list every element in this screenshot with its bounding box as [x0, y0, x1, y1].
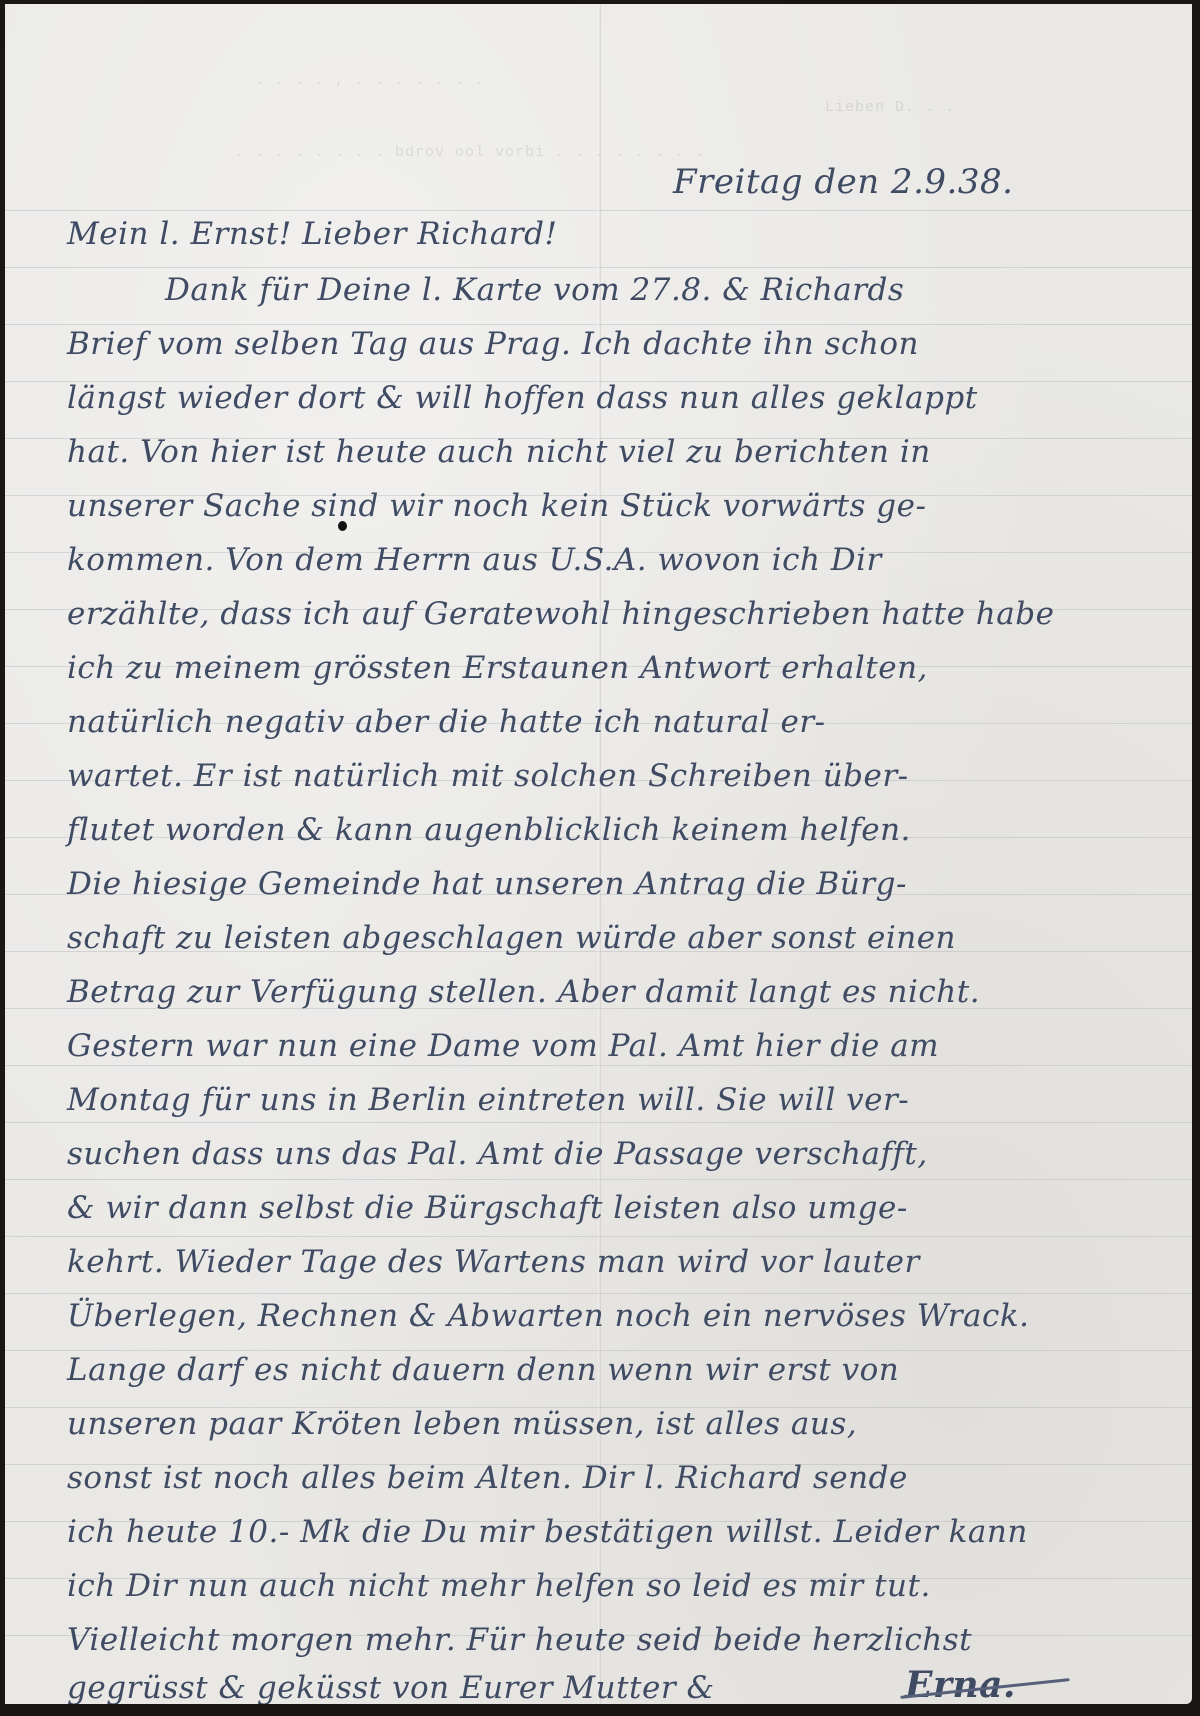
paper-fold	[598, 4, 601, 1704]
letter-line: längst wieder dort & will hoffen dass nu…	[67, 380, 978, 416]
letter-line: Brief vom selben Tag aus Prag. Ich dacht…	[67, 326, 919, 362]
letter-line: Betrag zur Verfügung stellen. Aber damit…	[67, 974, 980, 1010]
letter-line: erzählte, dass ich auf Geratewohl hinges…	[67, 596, 1054, 632]
letter-line: Die hiesige Gemeinde hat unseren Antrag …	[67, 866, 907, 902]
letter-line: unseren paar Kröten leben müssen, ist al…	[67, 1406, 857, 1442]
letter-line: Vielleicht morgen mehr. Für heute seid b…	[67, 1622, 972, 1658]
letter-line: schaft zu leisten abgeschlagen würde abe…	[67, 920, 956, 956]
letter-line: unserer Sache sind wir noch kein Stück v…	[67, 488, 926, 524]
letter-line: ich heute 10.- Mk die Du mir bestätigen …	[67, 1514, 1028, 1550]
show-through-text: Lieben D. . .	[825, 99, 955, 116]
letter-line: kehrt. Wieder Tage des Wartens man wird …	[67, 1244, 920, 1280]
letter-line: hat. Von hier ist heute auch nicht viel …	[67, 434, 931, 470]
letter-line: ich Dir nun auch nicht mehr helfen so le…	[67, 1568, 931, 1604]
letter-line: ich zu meinem grössten Erstaunen Antwort…	[67, 650, 928, 686]
letter-line: suchen dass uns das Pal. Amt die Passage…	[67, 1136, 928, 1172]
letter-line: Gestern war nun eine Dame vom Pal. Amt h…	[67, 1028, 939, 1064]
letter-date: Freitag den 2.9.38.	[673, 162, 1013, 202]
letter-line: gegrüsst & geküsst von Eurer Mutter &	[67, 1670, 715, 1704]
letter-line: Überlegen, Rechnen & Abwarten noch ein n…	[67, 1298, 1030, 1334]
letter-line: Dank für Deine l. Karte vom 27.8. & Rich…	[165, 272, 904, 308]
letter-line: Lange darf es nicht dauern denn wenn wir…	[67, 1352, 899, 1388]
show-through-text: . . . . . . . . bdrov ool vorbi . . . . …	[235, 144, 705, 161]
letter-line: Montag für uns in Berlin eintreten will.…	[67, 1082, 909, 1118]
letter-line: sonst ist noch alles beim Alten. Dir l. …	[67, 1460, 908, 1496]
salutation: Mein l. Ernst! Lieber Richard!	[67, 216, 557, 252]
letter-line: flutet worden & kann augenblicklich kein…	[67, 812, 911, 848]
letter-line: kommen. Von dem Herrn aus U.S.A. wovon i…	[67, 542, 882, 578]
letter-line: natürlich negativ aber die hatte ich nat…	[67, 704, 826, 740]
letter-line: wartet. Er ist natürlich mit solchen Sch…	[67, 758, 909, 794]
letter-page: . . . . , . . . . . . . Lieben D. . . . …	[5, 4, 1192, 1704]
ink-spot	[338, 521, 347, 531]
letter-line: & wir dann selbst die Bürgschaft leisten…	[67, 1190, 908, 1226]
show-through-text: . . . . , . . . . . . .	[255, 72, 485, 89]
signature: Erna.	[905, 1664, 1016, 1704]
